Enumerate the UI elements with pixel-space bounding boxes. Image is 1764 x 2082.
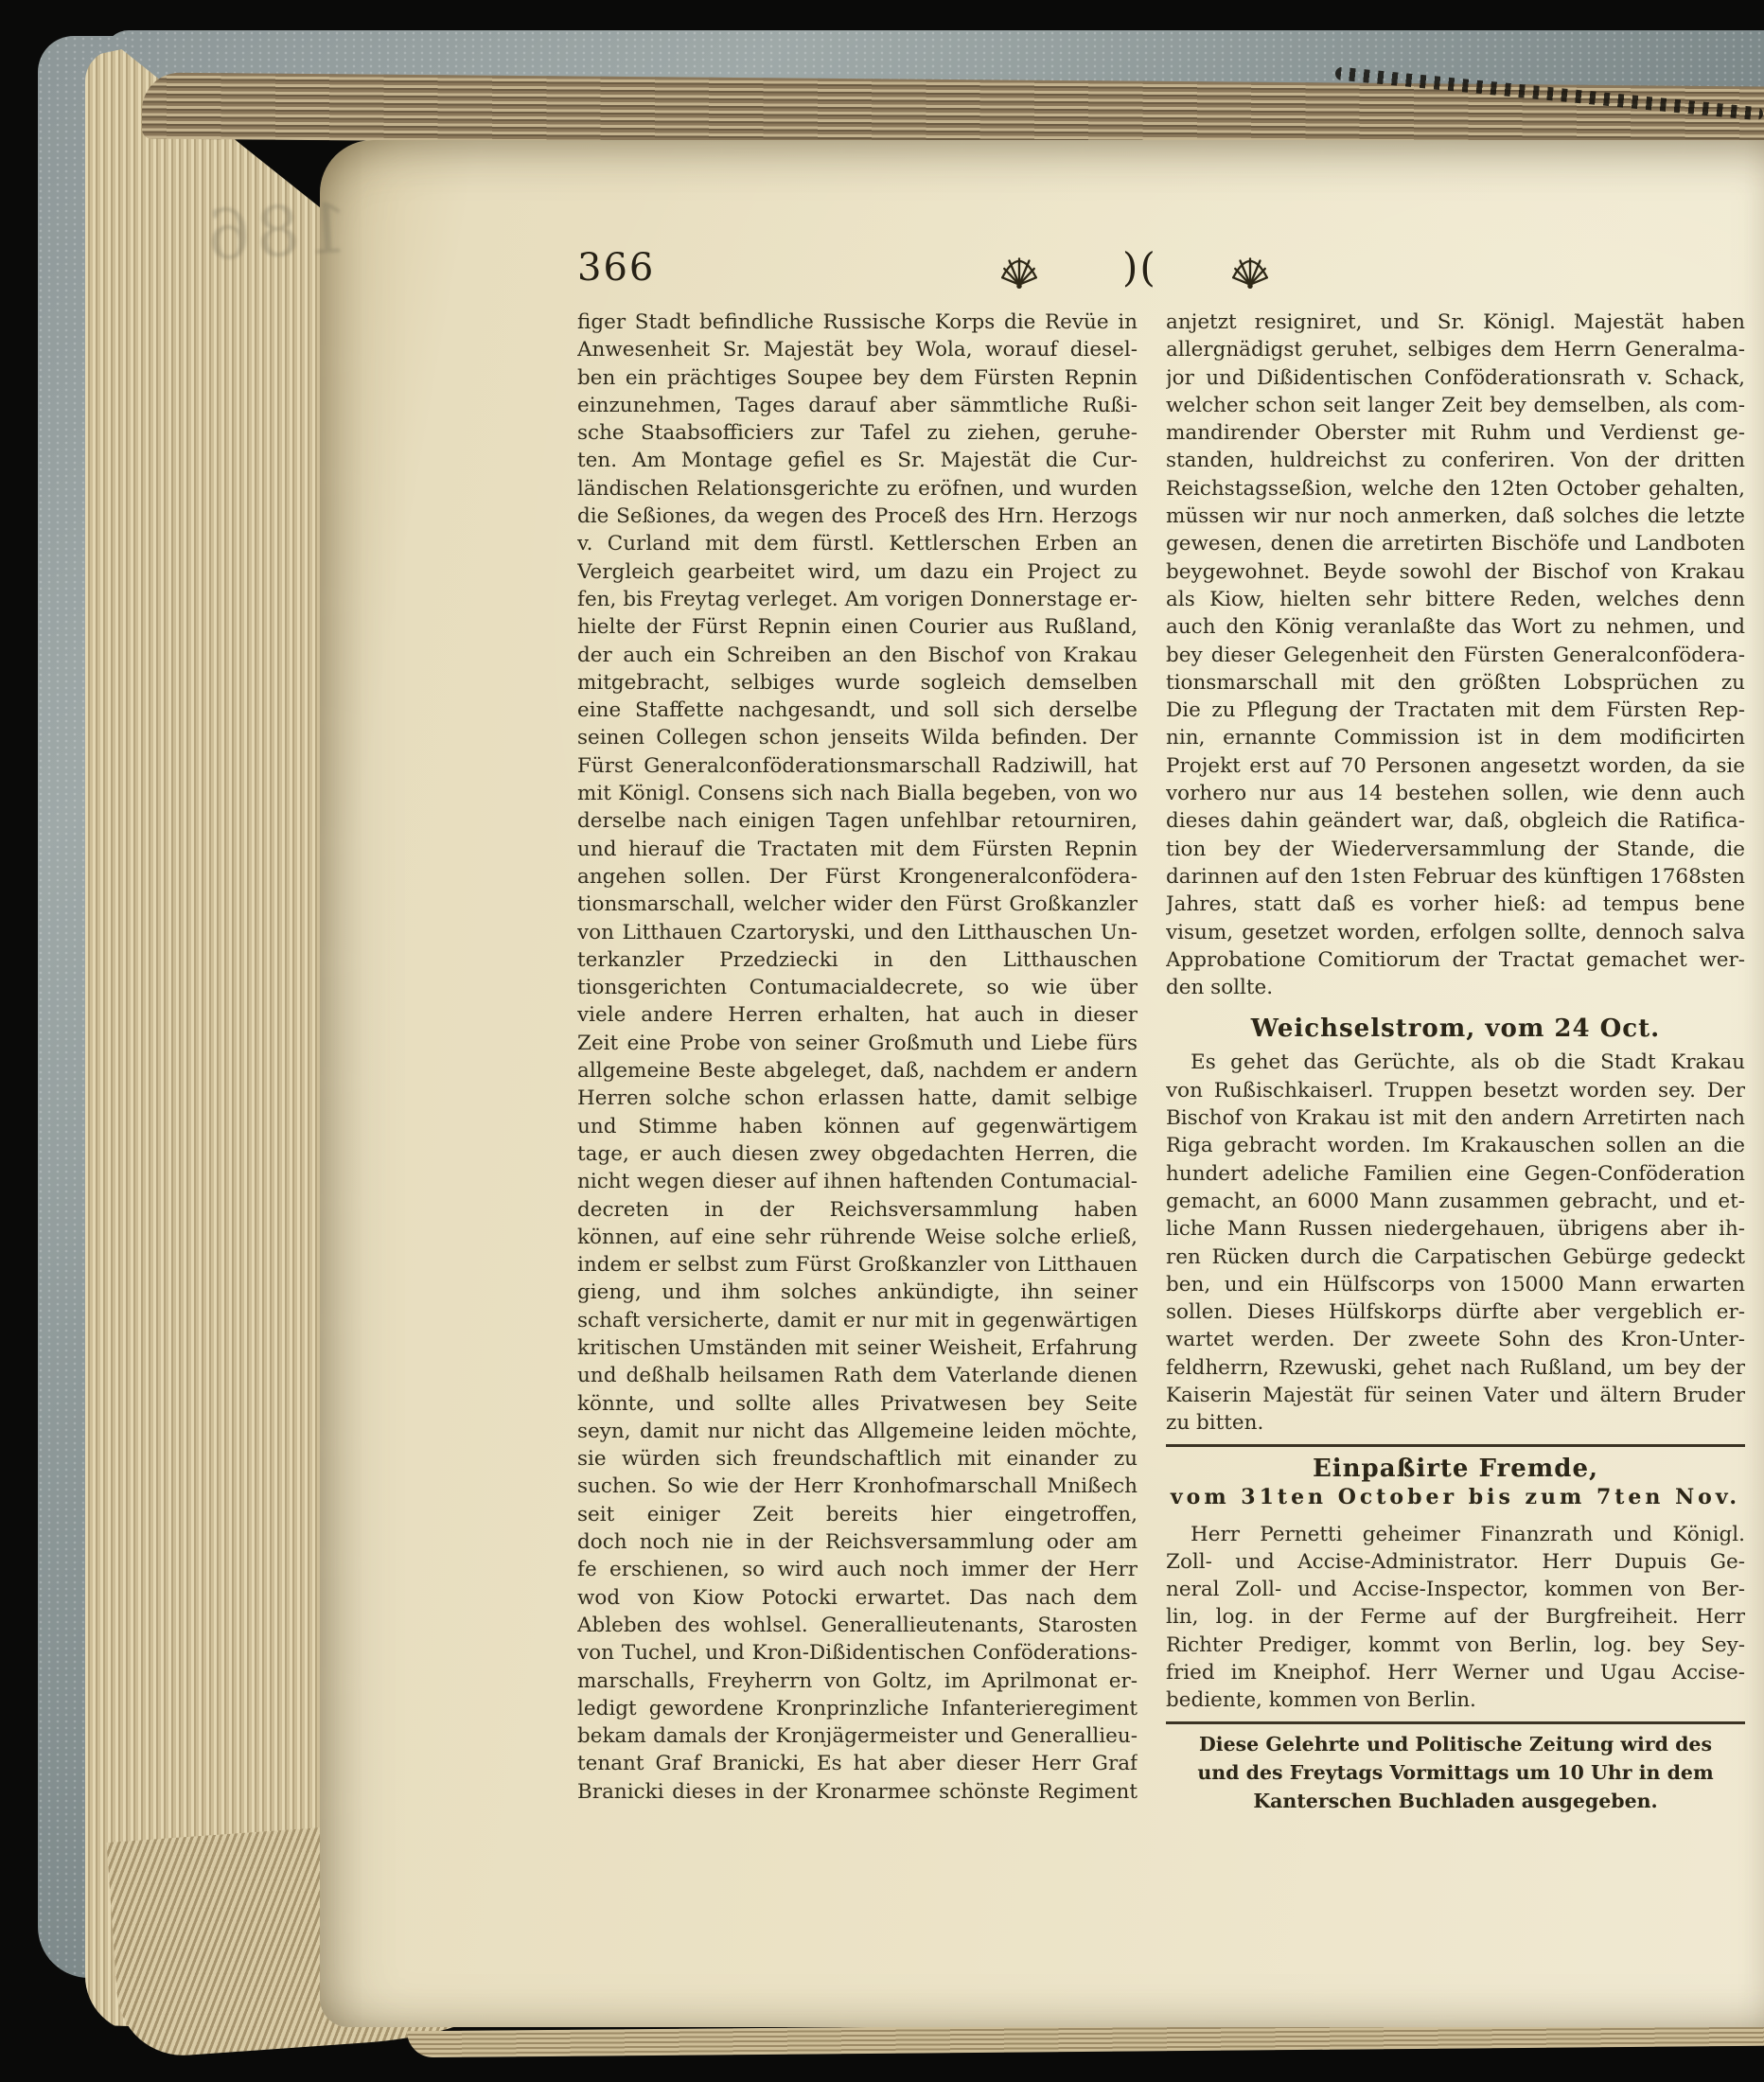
text-line: anjetzt resigniret, und Sr. Königl. Maje… xyxy=(1166,309,1745,336)
imprint-notice: Diese Gelehrte und Politische Zeitung wi… xyxy=(1166,1730,1745,1815)
news-paragraph-continuation: figer Stadt befindliche Russische Korps … xyxy=(577,309,1138,1806)
section-subheading-date-range: vom 31ten October bis zum 7ten Nov. xyxy=(1166,1485,1745,1517)
text-line: auch den König veranlaßte das Wort zu ne… xyxy=(1166,613,1745,641)
text-line: ren Rücken durch die Carpatischen Gebürg… xyxy=(1166,1244,1745,1271)
einpassirte-fremde-paragraph: Herr Pernetti geheimer Finanzrath und Kö… xyxy=(1166,1521,1745,1715)
text-line: doch noch nie in der Reichsversammlung o… xyxy=(577,1528,1138,1556)
text-line: Bischof von Krakau ist mit den andern Ar… xyxy=(1166,1104,1745,1132)
text-line: die Seßiones, da wegen des Proceß des Hr… xyxy=(577,503,1138,530)
text-line: Herr Pernetti geheimer Finanzrath und Kö… xyxy=(1166,1521,1745,1548)
text-line: jor und Dißidentischen Conföderationsrat… xyxy=(1166,364,1745,392)
text-line: Anwesenheit Sr. Majestät bey Wola, worau… xyxy=(577,336,1138,363)
text-line: sche Staabsofficiers zur Tafel zu ziehen… xyxy=(577,419,1138,447)
text-line: Kaiserin Majestät für seinen Vater und ä… xyxy=(1166,1382,1745,1409)
text-line: müssen wir nur noch anmerken, daß solche… xyxy=(1166,503,1745,530)
text-line: mit Königl. Consens sich nach Bialla beg… xyxy=(577,780,1138,807)
text-line: können, auf eine sehr rührende Weise sol… xyxy=(577,1224,1138,1251)
text-line: Herren solche schon erlassen hatte, dami… xyxy=(577,1085,1138,1112)
text-line: Jahres, statt daß es vorher hieß: ad tem… xyxy=(1166,891,1745,918)
section-divider-rule xyxy=(1166,1444,1745,1447)
section-heading-weichselstrom: Weichselstrom, vom 24 Oct. xyxy=(1166,1015,1745,1045)
text-line: indem er selbst zum Fürst Großkanzler vo… xyxy=(577,1251,1138,1279)
text-line: fe erschienen, so wird auch noch immer d… xyxy=(577,1556,1138,1583)
text-line: v. Curland mit dem fürstl. Kettlerschen … xyxy=(577,530,1138,557)
text-line: figer Stadt befindliche Russische Korps … xyxy=(577,309,1138,336)
text-line: sie würden sich freundschaftlich mit ein… xyxy=(577,1445,1138,1473)
text-line: Es gehet das Gerüchte, als ob die Stadt … xyxy=(1166,1049,1745,1076)
text-line: gieng, und ihm solches ankündigte, ihn s… xyxy=(577,1279,1138,1306)
page-number: 366 xyxy=(577,246,655,290)
text-line: Ableben des wohlsel. Generallieutenants,… xyxy=(577,1612,1138,1639)
text-line: den sollte. xyxy=(1166,974,1745,1001)
text-line: und Stimme haben können auf gegenwärtige… xyxy=(577,1113,1138,1140)
weichselstrom-paragraph: Es gehet das Gerüchte, als ob die Stadt … xyxy=(1166,1049,1745,1437)
text-line: der auch ein Schreiben an den Bischof vo… xyxy=(577,642,1138,669)
text-line: mitgebracht, selbiges wurde sogleich dem… xyxy=(577,669,1138,697)
text-line: wod von Kiow Potocki erwartet. Das nach … xyxy=(577,1584,1138,1612)
text-line: Diese Gelehrte und Politische Zeitung wi… xyxy=(1166,1730,1745,1758)
text-line: von Litthauen Czartoryski, und den Litth… xyxy=(577,919,1138,946)
text-line: von Rußischkaiserl. Truppen besetzt word… xyxy=(1166,1077,1745,1104)
text-line: und hierauf die Tractaten mit dem Fürste… xyxy=(577,836,1138,863)
text-line: tenant Graf Branicki, Es hat aber dieser… xyxy=(577,1750,1138,1777)
right-text-column: anjetzt resigniret, und Sr. Königl. Maje… xyxy=(1166,305,1745,1815)
text-line: Zoll- und Accise-Administrator. Herr Dup… xyxy=(1166,1548,1745,1576)
text-line: bey dieser Gelegenheit den Fürsten Gener… xyxy=(1166,642,1745,669)
text-line: allgemeine Beste abgeleget, daß, nachdem… xyxy=(577,1057,1138,1085)
text-line: terkanzler Przedziecki in den Litthausch… xyxy=(577,946,1138,974)
text-line: und des Freytags Vormittags um 10 Uhr in… xyxy=(1166,1758,1745,1787)
text-line: fen, bis Freytag verleget. Am vorigen Do… xyxy=(577,586,1138,613)
text-line: eine Staffette nachgesandt, und soll sic… xyxy=(577,697,1138,724)
text-line: seit einiger Zeit bereits hier eingetrof… xyxy=(577,1501,1138,1528)
text-line: fried im Kneiphof. Herr Werner und Ugau … xyxy=(1166,1659,1745,1686)
text-line: tionsmarschall mit den größten Lobsprüch… xyxy=(1166,669,1745,697)
text-line: als Kiow, hielten sehr bittere Reden, we… xyxy=(1166,586,1745,613)
text-line: Branicki dieses in der Kronarmee schönst… xyxy=(577,1778,1138,1806)
text-line: seinen Collegen schon jenseits Wilda bef… xyxy=(577,724,1138,751)
text-line: Approbatione Comitiorum der Tractat gema… xyxy=(1166,946,1745,974)
text-line: Richter Prediger, kommt von Berlin, log.… xyxy=(1166,1632,1745,1659)
book-page: 186 366 )( xyxy=(320,140,1764,2027)
footer-divider-rule xyxy=(1166,1721,1745,1724)
text-line: Projekt erst auf 70 Personen angesetzt w… xyxy=(1166,752,1745,780)
news-paragraph-continuation: anjetzt resigniret, und Sr. Königl. Maje… xyxy=(1166,309,1745,1001)
text-line: bekam damals der Kronjägermeister und Ge… xyxy=(577,1722,1138,1750)
text-line: seyn, damit nur nicht das Allgemeine lei… xyxy=(577,1418,1138,1445)
text-line: tionsgerichten Contumacialdecrete, so wi… xyxy=(577,974,1138,1001)
text-line: hielte der Fürst Repnin einen Courier au… xyxy=(577,613,1138,641)
text-line: visum, gesetzet worden, erfolgen sollte,… xyxy=(1166,919,1745,946)
text-line: marschalls, Freyherrn von Goltz, im Apri… xyxy=(577,1667,1138,1695)
text-line: und deßhalb heilsamen Rath dem Vaterland… xyxy=(577,1362,1138,1389)
text-line: welcher schon seit langer Zeit bey demse… xyxy=(1166,392,1745,419)
text-line: sollen. Dieses Hülfskorps dürfte aber ve… xyxy=(1166,1298,1745,1326)
photo-background: 186 366 )( xyxy=(0,0,1764,2082)
text-line: tage, er auch diesen zwey obgedachten He… xyxy=(577,1140,1138,1168)
text-line: dieses dahin geändert war, daß, obgleich… xyxy=(1166,807,1745,835)
text-line: gemacht, an 6000 Mann zusammen gebracht,… xyxy=(1166,1188,1745,1215)
text-line: ländischen Relationsgerichte zu eröfnen,… xyxy=(577,475,1138,503)
text-line: decreten in der Reichsversammlung haben … xyxy=(577,1196,1138,1224)
text-line: Fürst Generalconföderationsmarschall Rad… xyxy=(577,752,1138,780)
text-line: derselbe nach einigen Tagen unfehlbar re… xyxy=(577,807,1138,835)
text-line: mandirender Oberster mit Ruhm und Verdie… xyxy=(1166,419,1745,447)
text-line: kritischen Umständen mit seiner Weisheit… xyxy=(577,1334,1138,1362)
text-line: viele andere Herren erhalten, hat auch i… xyxy=(577,1001,1138,1029)
text-line: von Tuchel, und Kron-Dißidentischen Conf… xyxy=(577,1639,1138,1667)
text-line: ben, und ein Hülfscorps von 15000 Mann e… xyxy=(1166,1271,1745,1298)
section-heading-einpassirte-fremde: Einpaßirte Fremde, xyxy=(1166,1455,1745,1485)
text-line: suchen. So wie der Herr Kronhofmarschall… xyxy=(577,1473,1138,1500)
text-line: nin, ernannte Commission ist in dem modi… xyxy=(1166,724,1745,751)
text-line: schaft versicherte, damit er nur mit in … xyxy=(577,1307,1138,1334)
text-line: Riga gebracht worden. Im Krakauschen sol… xyxy=(1166,1132,1745,1159)
left-text-column: figer Stadt befindliche Russische Korps … xyxy=(577,305,1138,1806)
text-line: allergnädigst geruhet, selbiges dem Herr… xyxy=(1166,336,1745,363)
text-line: hundert adeliche Familien eine Gegen-Con… xyxy=(1166,1160,1745,1188)
text-line: angehen sollen. Der Fürst Krongeneralcon… xyxy=(577,863,1138,891)
text-line: neral Zoll- und Accise-Inspector, kommen… xyxy=(1166,1576,1745,1603)
text-line: Zeit eine Probe von seiner Großmuth und … xyxy=(577,1030,1138,1057)
page-stack-left-edge xyxy=(85,49,345,2033)
shell-ornament-icon xyxy=(999,250,1039,291)
text-line: beygewohnet. Beyde sowohl der Bischof vo… xyxy=(1166,558,1745,586)
text-line: vorhero nur aus 14 bestehen sollen, wie … xyxy=(1166,780,1745,807)
text-line: könnte, und sollte alles Privatwesen bey… xyxy=(577,1390,1138,1418)
text-line: gewesen, denen die arretirten Bischöfe u… xyxy=(1166,530,1745,557)
text-line: Reichstagsseßion, welche den 12ten Octob… xyxy=(1166,475,1745,503)
text-line: zu bitten. xyxy=(1166,1409,1745,1437)
text-line: nicht wegen dieser auf ihnen haftenden C… xyxy=(577,1168,1138,1195)
text-line: ledigt gewordene Kronprinzliche Infanter… xyxy=(577,1695,1138,1722)
text-line: feldherrn, Rzewuski, gehet nach Rußland,… xyxy=(1166,1354,1745,1382)
text-line: ben ein prächtiges Soupee bey dem Fürste… xyxy=(577,364,1138,392)
text-line: einzunehmen, Tages darauf aber sämmtlich… xyxy=(577,392,1138,419)
text-line: standen, huldreichst zu conferiren. Von … xyxy=(1166,447,1745,474)
text-line: tionsmarschall, welcher wider den Fürst … xyxy=(577,891,1138,918)
text-line: tion bey der Wiederversammlung der Stand… xyxy=(1166,836,1745,863)
text-line: wartet werden. Der zweete Sohn des Kron-… xyxy=(1166,1326,1745,1353)
text-line: ten. Am Montage gefiel es Sr. Majestät d… xyxy=(577,447,1138,474)
text-line: lin, log. in der Ferme auf der Burgfreih… xyxy=(1166,1603,1745,1631)
text-line: bediente, kommen von Berlin. xyxy=(1166,1686,1745,1714)
text-line: Die zu Pflegung der Tractaten mit dem Fü… xyxy=(1166,697,1745,724)
text-line: darinnen auf den 1sten Februar des künft… xyxy=(1166,863,1745,891)
text-line: Vergleich gearbeitet wird, um dazu ein P… xyxy=(577,558,1138,586)
column-separator-mark: )( xyxy=(1122,244,1157,291)
text-line: Kanterschen Buchladen ausgegeben. xyxy=(1166,1787,1745,1815)
shell-ornament-icon xyxy=(1230,250,1270,291)
show-through-page-number: 186 xyxy=(200,188,351,275)
text-line: liche Mann Russen niedergehauen, übrigen… xyxy=(1166,1215,1745,1243)
